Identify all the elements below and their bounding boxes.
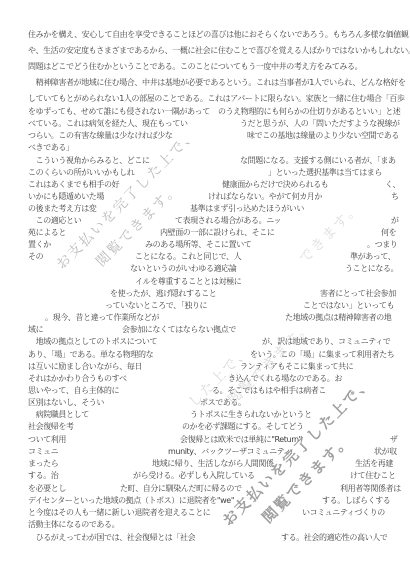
text-fragment: 精神障害者が地域に住む場合、中井は基地が必要であるという。これは当事者が1人でい…	[28, 78, 406, 88]
text-fragment: このくらいの所がいいかもしれ	[28, 168, 134, 178]
text-fragment: それはかかわり合うものすべ	[28, 374, 127, 384]
text-line: 。現今、昔と違って作業所などがた地域の拠点は精神障害者の地	[0, 313, 410, 324]
text-fragment: のかを必ず課題にする。そしてどう	[182, 422, 304, 432]
text-fragment: を必要とし	[28, 484, 66, 494]
text-fragment: る。そこではもはや相手は病者こ	[212, 386, 326, 396]
text-fragment: な問題になる。支援する側にいる者が、「まあ	[240, 156, 396, 166]
text-line: イルを尊重することとは対極に	[0, 277, 410, 288]
text-line: は互いに励まし合いながら、毎日ランティアもそこに集まって共に	[0, 362, 410, 373]
text-fragment: みのある場所等、そこに置いて	[145, 240, 251, 250]
text-line: を使ったが、逃げ隠れすること害者にとって社会参加	[0, 289, 410, 300]
text-line: 問題はどこでどう住むかということである。このことについてもう一度中井の考え方をみ…	[0, 62, 410, 73]
text-fragment: する。しばらくする	[322, 496, 390, 506]
text-fragment: 害者にとって社会参加	[320, 289, 396, 299]
text-fragment: けて住むこと	[350, 471, 396, 481]
text-line: 精神障害者が地域に住む場合、中井は基地が必要であるという。これは当事者が1人でい…	[0, 78, 410, 89]
text-fragment: 問題はどこでどう住むかということである。このことについてもう一度中井の考え方をみ…	[28, 62, 362, 72]
text-line: 社会復帰を考のかを必ず課題にする。そしてどう	[0, 422, 410, 433]
text-fragment: ければならない。やがて何カ月か	[208, 192, 322, 202]
text-line: べきである」	[0, 143, 410, 154]
text-fragment: が	[391, 216, 399, 226]
text-fragment: た町、自分に馴染んだ町に帰るので	[120, 484, 242, 494]
text-line: 活動主体になるのである。	[0, 520, 410, 531]
text-line: コミュニmunity、バックツーザコミュニティ状が収	[0, 447, 410, 458]
text-fragment: こういう視角からみると、どこに	[28, 156, 150, 166]
text-fragment: 地域に帰り、生活しながら人間関係	[152, 459, 274, 469]
text-line: つらい。この有害な線量は少なければ少な味でこの基地は線量のより少ない空間である	[0, 131, 410, 142]
text-fragment: ひるがえってわが国では、社会復帰とは「社会	[28, 533, 195, 543]
text-fragment: していてもとがめられない1人の部屋のことである。これはアパートに限らない。家族と…	[28, 94, 404, 104]
text-fragment: 準があって、	[350, 252, 395, 262]
text-line: する。治がら受ける。必ずしも入院しているけて住むこと	[0, 471, 410, 482]
text-fragment: の後また考え方は変	[28, 204, 96, 214]
text-fragment: て表現される場合がある。ニッ	[175, 216, 281, 226]
text-fragment: 区別はないし、そうい	[28, 398, 104, 408]
text-fragment: や、生活の安定度もさまざまであるから、一概に社会に住むことで喜びを覚える人ばかり…	[28, 46, 410, 56]
text-fragment: 健康面からだけで決められるも	[222, 180, 328, 190]
text-line: ついて利用会復帰とは欧米では単純に"Return"ザ	[0, 435, 410, 446]
text-fragment: あり、「場」である。単なる物理的な	[28, 350, 153, 360]
document-text-layer: 住みかを構え、安心して自由を享受できることほどの喜びは他におそらくないであろう。…	[0, 0, 410, 580]
text-line: いかにも隠遁めいた場ければならない。やがて何カ月かち	[0, 192, 410, 203]
text-fragment: べきである」	[28, 143, 74, 153]
text-fragment: 生活を再建	[355, 459, 393, 469]
text-line: の後また考え方は変基準はまず引っ込めたほうがいい	[0, 204, 410, 215]
text-line: 置くかみのある場所等、そこに置いて。つまり	[0, 240, 410, 251]
text-line: こういう視角からみると、どこにな問題になる。支援する側にいる者が、「まあ	[0, 156, 410, 167]
text-line: 住みかを構え、安心して自由を享受できることほどの喜びは他におそらくないであろう。…	[0, 30, 410, 41]
text-fragment: 利用者等関係者は	[340, 484, 401, 494]
text-fragment: ザ	[390, 435, 398, 445]
text-fragment: 域に	[28, 325, 43, 335]
text-line: ないというのがいわゆる適応論うことになる。	[0, 264, 410, 275]
text-fragment: 活動主体になるのである。	[28, 520, 119, 530]
text-fragment: うトポスに生きられないかというと	[190, 410, 312, 420]
text-fragment: この適応とい	[28, 216, 81, 226]
text-fragment: ことではない」といっても	[303, 301, 394, 311]
text-fragment: をいう。この「場」に集まって利用者たち	[250, 350, 394, 360]
text-fragment: デイセンターといった地域の拠点（トポス）に退院者を"we"	[28, 496, 234, 506]
text-fragment: ランティアもそこに集まって共に	[240, 362, 353, 372]
text-line: それはかかわり合うものすべき込んでくれる場なのである。お	[0, 374, 410, 385]
text-fragment: する。社会的適応性の高い人で	[281, 533, 387, 543]
text-line: このくらいの所がいいかもしれ」といった選択基準は当てはまら	[0, 168, 410, 179]
text-fragment: 置くか	[28, 240, 51, 250]
text-line: 思いやって、自ら主体的にる。そこではもはや相手は病者こ	[0, 386, 410, 397]
text-fragment: 何を	[381, 228, 396, 238]
text-fragment: がら受ける。必ずしも入院している	[133, 471, 255, 481]
text-line: 域に会参加になくてはならない拠点で	[0, 325, 410, 336]
text-fragment: 状が収	[374, 447, 397, 457]
text-fragment: ポスである。	[200, 398, 246, 408]
text-fragment: うことになる。	[345, 264, 398, 274]
text-fragment: イルを尊重することとは対極に	[135, 277, 241, 287]
text-line: や、生活の安定度もさまざまであるから、一概に社会に住むことで喜びを覚える人ばかり…	[0, 46, 410, 57]
text-line: まったら地域に帰り、生活しながら人間関係生活を再建	[0, 459, 410, 470]
text-fragment: ついて利用	[28, 435, 66, 445]
text-line: っていないところで、「独りにことではない」といっても	[0, 301, 410, 312]
text-fragment: する。治	[28, 471, 58, 481]
text-fragment: いコミュニティづくりの	[302, 508, 385, 518]
text-fragment: ち	[391, 192, 399, 202]
text-fragment: た地域の拠点は精神障害者の地	[285, 313, 391, 323]
text-line: と今度はその人も一緒に新しい退院者を迎えることにいコミュニティづくりの	[0, 508, 410, 519]
text-line: デイセンターといった地域の拠点（トポス）に退院者を"we"する。しばらくする	[0, 496, 410, 507]
text-fragment: いかにも隠遁めいた場	[28, 192, 104, 202]
text-fragment: く、	[385, 180, 400, 190]
text-fragment: 内壁面の一部に設けられ、そこに	[160, 228, 274, 238]
text-fragment: 。現今、昔と違って作業所などが	[45, 313, 159, 323]
text-line: 病院職員としてうトポスに生きられないかというと	[0, 410, 410, 421]
text-fragment: のうえ物理的にも何らかの仕切りがあるといい」と述	[218, 107, 400, 117]
text-fragment: その	[28, 252, 43, 262]
text-fragment: が、訳は地域であり、コミュニティで	[262, 337, 390, 347]
text-fragment: 病院職員として	[28, 410, 89, 420]
text-line: していてもとがめられない1人の部屋のことである。これはアパートに限らない。家族と…	[0, 94, 410, 105]
text-line: 区別はないし、そういポスである。	[0, 398, 410, 409]
text-fragment: をゆずっても、せめて誰にも侵されない一隅があって	[28, 107, 210, 117]
text-line: そのことになる。これと同じで、人準があって、	[0, 252, 410, 263]
text-fragment: つらい。この有害な線量は少なければ少な	[28, 131, 172, 141]
text-fragment: っていないところで、「独りに	[105, 301, 207, 311]
text-line: ひるがえってわが国では、社会復帰とは「社会する。社会的適応性の高い人で	[0, 533, 410, 544]
text-line: をゆずっても、せめて誰にも侵されない一隅があってのうえ物理的にも何らかの仕切りが…	[0, 107, 410, 118]
text-line: あり、「場」である。単なる物理的なをいう。この「場」に集まって利用者たち	[0, 350, 410, 361]
text-fragment: これはあくまでも相手の好	[28, 180, 119, 190]
text-fragment: コミュニ	[28, 447, 58, 457]
text-line: べている。これは病気を経た人、現在もっていうだと思うが、人の「問いただすような視…	[0, 119, 410, 130]
text-fragment: うだと思うが、人の「問いただすような視線が	[240, 119, 400, 129]
text-fragment: は互いに励まし合いながら、毎日	[28, 362, 142, 372]
text-fragment: 苑によると	[28, 228, 66, 238]
text-fragment: ことになる。これと同じで、人	[135, 252, 241, 262]
text-fragment: 会復帰とは欧米では単純に"Return"	[180, 435, 302, 445]
text-fragment: 基準はまず引っ込めたほうがいい	[190, 204, 304, 214]
text-line: これはあくまでも相手の好健康面からだけで決められるもく、	[0, 180, 410, 191]
text-line: 苑によると内壁面の一部に設けられ、そこに何を	[0, 228, 410, 239]
text-fragment: ないというのがいわゆる適応論	[130, 264, 236, 274]
text-line: を必要とした町、自分に馴染んだ町に帰るので利用者等関係者は	[0, 484, 410, 495]
text-fragment: 思いやって、自ら主体的に	[28, 386, 119, 396]
text-fragment: 会参加になくてはならない拠点で	[122, 325, 236, 335]
text-fragment: 住みかを構え、安心して自由を享受できることほどの喜びは他におそらくないであろう。…	[28, 30, 408, 40]
text-line: 地域の拠点としてのトポスについてが、訳は地域であり、コミュニティで	[0, 337, 410, 348]
text-fragment: まったら	[28, 459, 58, 469]
text-fragment: 地域の拠点としてのトポスについて	[28, 337, 157, 347]
text-fragment: 。つまり	[367, 240, 397, 250]
text-fragment: き込んでくれる場なのである。お	[228, 374, 342, 384]
text-fragment: munity、バックツーザコミュニティ	[168, 447, 291, 457]
document-page: 住みかを構え、安心して自由を享受できることほどの喜びは他におそらくないであろう。…	[0, 0, 410, 580]
text-fragment: 」といった選択基準は当てはまら	[268, 168, 382, 178]
text-fragment: を使ったが、逃げ隠れすること	[110, 289, 216, 299]
text-fragment: 社会復帰を考	[28, 422, 74, 432]
text-fragment: べている。これは病気を経た人、現在もってい	[28, 119, 188, 129]
text-line: この適応といて表現される場合がある。ニッが	[0, 216, 410, 227]
text-fragment: と今度はその人も一緒に新しい退院者を迎えることに	[28, 508, 210, 518]
text-fragment: 味でこの基地は線量のより少ない空間である	[247, 131, 399, 141]
